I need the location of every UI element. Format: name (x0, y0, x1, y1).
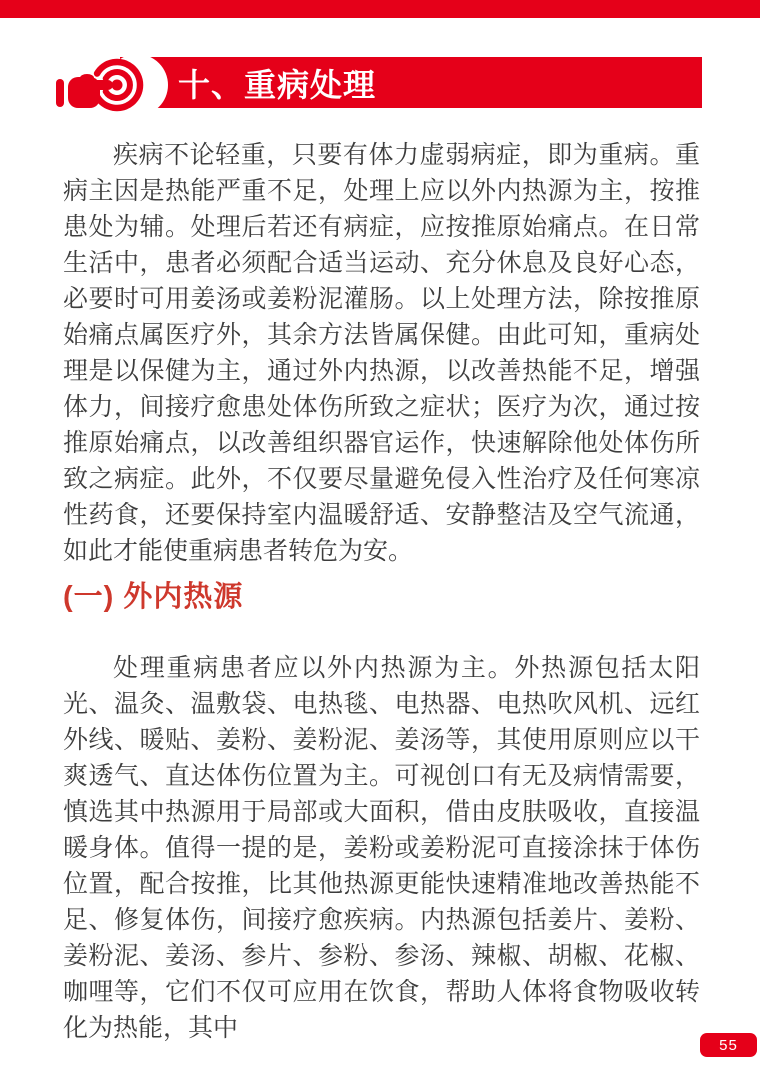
page-number-badge: 55 (700, 1033, 757, 1057)
chapter-header-banner: 十、重病处理 (120, 57, 702, 108)
section-heading: (一) 外内热源 (63, 574, 243, 615)
paragraph-heat-sources: 处理重病患者应以外内热源为主。外热源包括太阳光、温灸、温敷袋、电热毯、电热器、电… (63, 650, 700, 1046)
top-edge-band (0, 0, 760, 18)
pointing-hand-ripple-icon (45, 55, 175, 115)
paragraph-severe-illness-overview: 疾病不论轻重，只要有体力虚弱病症，即为重病。重病主因是热能严重不足，处理上应以外… (63, 137, 700, 569)
book-page: 十、重病处理 疾病不论轻重，只要有体力虚弱病症，即为重病。重病主因是热能严重不足… (0, 0, 760, 1080)
chapter-title: 十、重病处理 (178, 60, 376, 106)
